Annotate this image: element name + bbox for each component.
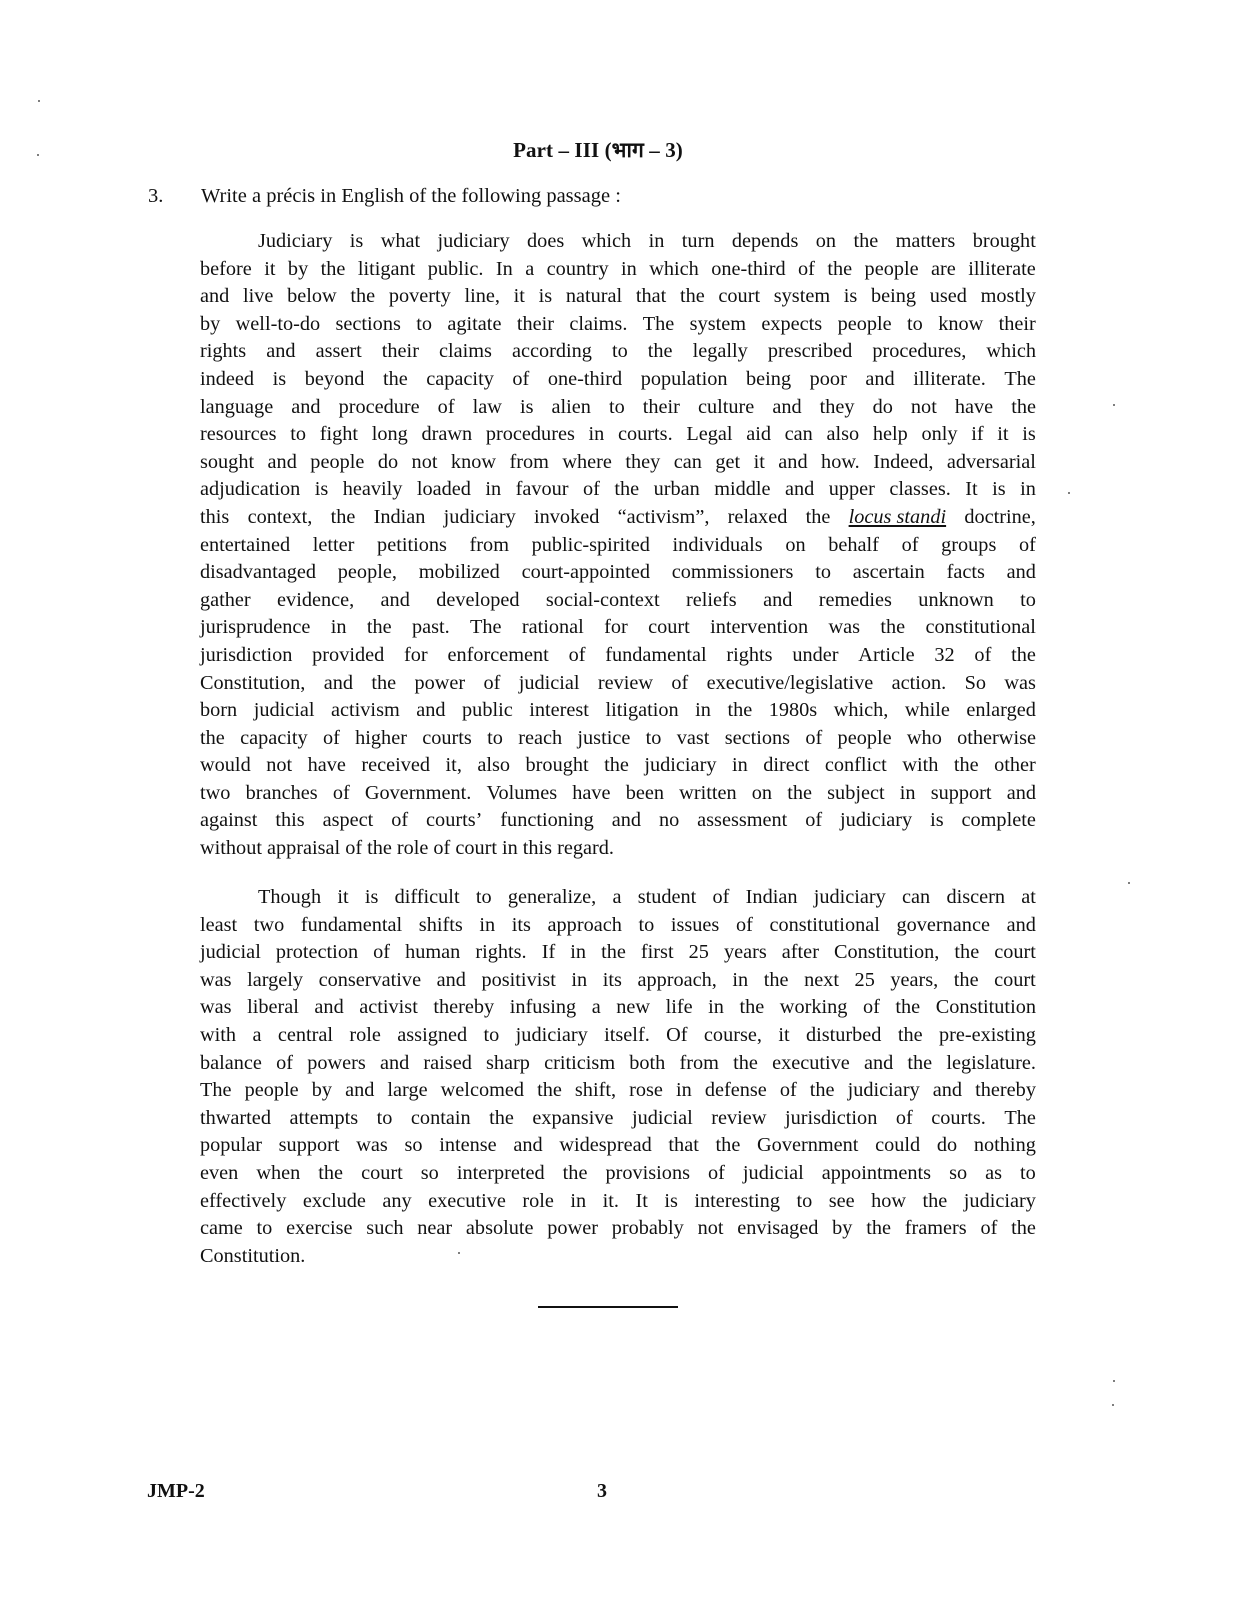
word: adversarial [947,449,1036,477]
word: unknown [918,587,994,615]
word: public. [428,256,484,284]
word: review [711,1105,766,1133]
word: and [345,1077,374,1105]
word: effectively [200,1188,286,1216]
word: to [907,311,923,339]
word: the [383,366,408,394]
word: of [1019,532,1036,560]
word: litigation [605,697,678,725]
word: their [999,311,1036,339]
passage-line: leasttwofundamentalshiftsinitsapproachto… [200,912,1036,940]
word: The [1004,1105,1036,1133]
word: get [715,449,740,477]
word: see [829,1188,855,1216]
word: the [954,939,979,967]
passage-line: judicialprotectionofhumanrights.Ifinthef… [200,939,1036,967]
word: Judiciary [258,228,332,256]
word: judiciary [814,884,886,912]
word: they [820,394,855,422]
word: activist [359,994,418,1022]
word: to [476,884,492,912]
passage-line: gatherevidence,anddevelopedsocial-contex… [200,587,1036,615]
word: who [907,725,942,753]
word: mostly [981,283,1036,311]
word: being [871,283,916,311]
passage-line: wasliberalandactivisttherebyinfusinganew… [200,994,1036,1022]
passage-line: Thepeoplebyandlargewelcomedtheshift,rose… [200,1077,1036,1105]
word: at [1021,884,1036,912]
word: the [739,994,764,1022]
word: culture [698,394,754,422]
word: rights. [475,939,526,967]
word: aid [746,421,771,449]
word: in [676,1077,692,1105]
word: according [512,338,592,366]
word: Indeed, [873,449,933,477]
word: executive/legislative [707,670,874,698]
part-heading: Part – III (भाग – 3) [0,136,1196,164]
word: working [780,994,848,1022]
word: is [539,283,553,311]
word: aspect [323,807,374,835]
word: intense [439,1132,496,1160]
word: loaded [417,476,471,504]
word: It [965,476,977,504]
word: urban [654,476,700,504]
word: of [863,994,880,1022]
word: gather [200,587,251,615]
word: claims [439,338,492,366]
word: assessment [697,807,787,835]
word: resources [200,421,277,449]
word: middle [714,476,770,504]
word: it [778,1022,789,1050]
word: poverty [389,283,451,311]
word: individuals [673,532,763,560]
word: to [377,1105,393,1133]
word: alien [552,394,591,422]
passage-line: thecapacityofhighercourtstoreachjusticet… [200,725,1036,753]
word: the [1011,394,1036,422]
word: to [609,394,625,422]
word: The [1004,366,1036,394]
word: of [902,532,919,560]
word: power [547,1215,598,1243]
word: otherwise [957,725,1036,753]
word: thwarted [200,1105,271,1133]
passage-line: withacentralroleassignedtojudiciaryitsel… [200,1022,1036,1050]
word: to [646,725,662,753]
word: 25 [855,967,875,995]
word: and [291,394,320,422]
word: of [345,835,362,863]
word: vast [677,725,710,753]
word: been [626,780,664,808]
word: classes. [889,476,950,504]
word: and [416,697,445,725]
word: reach [518,725,562,753]
word: welcomed [441,1077,524,1105]
word: in [589,421,605,449]
word: by [288,256,308,284]
word: ascertain [853,559,925,587]
scan-speck [1112,1404,1114,1406]
word: on [752,780,772,808]
word: legislature. [946,1050,1036,1078]
word: not [266,752,292,780]
word: and [772,394,801,422]
word: not [412,449,438,477]
word: illiterate. [913,366,986,394]
word: only [921,421,957,449]
end-of-section-rule [538,1306,678,1308]
word: fundamental [301,912,402,940]
word: its [512,912,531,940]
word: court [455,835,497,863]
word: facts [947,559,985,587]
word: letter [313,532,355,560]
word: Volumes [486,780,557,808]
word: review [598,670,653,698]
word: law [473,394,502,422]
word: the [727,697,752,725]
word: before [200,256,252,284]
word: of [708,1160,725,1188]
word: and [268,449,297,477]
word: remedies [819,587,892,615]
passage-line: againstthisaspectofcourts’functioningand… [200,807,1036,835]
word: people [245,1077,299,1105]
word: of [736,912,753,940]
word: system [690,311,746,339]
word: appraisal [267,835,340,863]
word: jurisprudence [200,614,310,642]
word: thereby [975,1077,1036,1105]
word: constitutional [925,614,1035,642]
word: in [621,256,637,284]
word: judiciary [438,228,510,256]
word: in [570,1188,586,1216]
word: student [638,884,697,912]
word: public-spirited [532,532,650,560]
word: popular [200,1132,262,1160]
word: attempts [289,1105,358,1133]
word: pre-existing [939,1022,1036,1050]
word: fight [320,421,358,449]
word: widespread [559,1132,651,1160]
word: long [372,421,408,449]
word: do [873,394,893,422]
word: It [635,1188,647,1216]
word: capacity [426,366,494,394]
word: to [796,1188,812,1216]
word: litigant [358,256,415,284]
word: absolute [466,1215,534,1243]
passage-line: rightsandasserttheirclaimsaccordingtothe… [200,338,1036,366]
word: illiterate [968,256,1036,284]
word: favour [516,476,569,504]
word: judiciary [840,807,912,835]
word: Constitution, [200,670,305,698]
word: judicial [254,697,315,725]
passage-line: languageandprocedureoflawisalientotheirc… [200,394,1036,422]
word: of [433,835,450,863]
word: Legal [686,421,732,449]
word: developed [436,587,519,615]
word: can [785,421,813,449]
word: conflict [825,752,887,780]
passage-line: Thoughitisdifficulttogeneralize,astudent… [200,884,1036,912]
word: in [732,752,748,780]
word: the [880,614,905,642]
word: rights [200,338,246,366]
emphasized-term: locus standi [849,504,946,532]
word: and [437,967,466,995]
word: fundamental [605,642,706,670]
word: their [643,394,680,422]
word: it, [446,752,462,780]
word: of [980,1215,997,1243]
word: to [638,912,654,940]
word: natural [566,283,622,311]
word: people [865,256,919,284]
word: this [275,807,304,835]
word: rose [629,1077,663,1105]
word: judiciary [644,752,716,780]
word: know [451,449,496,477]
word: and [380,1050,409,1078]
passage-line: Judiciaryiswhatjudiciarydoeswhichinturnd… [200,228,1036,256]
word: two [254,912,284,940]
word: live [243,283,273,311]
word: from [680,1050,719,1078]
word: this [523,835,552,863]
word: behalf [828,532,879,560]
word: courts. [931,1105,986,1133]
word: and [200,283,229,311]
word: other [994,752,1036,780]
word: court [718,283,760,311]
word: and [1007,780,1036,808]
word: The [200,1077,232,1105]
word: branches [246,780,318,808]
word: with [902,752,938,780]
word: both [629,1050,665,1078]
passage-line: entertainedletterpetitionsfrompublic-spi… [200,532,1036,560]
word: is [844,283,858,311]
passage-line: indeedisbeyondthecapacityofone-thirdpopu… [200,366,1036,394]
word: Of [666,1022,687,1050]
word: to [290,421,306,449]
word: petitions [377,532,447,560]
word: activism [331,697,400,725]
word: is [992,476,1006,504]
word: brought [526,752,589,780]
word: their [517,311,554,339]
passage-line: jurisprudenceinthepast.Therationalforcou… [200,614,1036,642]
word: and [785,476,814,504]
word: people [310,449,364,477]
scan-speck [37,154,39,156]
word: the [1011,642,1036,670]
word: jurisdiction [785,1105,877,1133]
word: protection [276,939,358,967]
word: the [907,1050,932,1078]
word: the [810,1077,835,1105]
word: is [930,807,944,835]
word: new [616,994,650,1022]
word: the [895,994,920,1022]
word: under [792,642,838,670]
word: difficult [395,884,460,912]
word: in [479,912,495,940]
word: if [971,421,983,449]
word: assigned [397,1022,467,1050]
passage-line: waslargelyconservativeandpositivistinits… [200,967,1036,995]
word: to [815,559,831,587]
word: was [200,967,232,995]
passage-paragraph-2: Thoughitisdifficulttogeneralize,astudent… [200,884,1036,1270]
word: people [838,725,892,753]
word: near [417,1215,452,1243]
word: the [331,504,356,532]
word: complete [962,807,1036,835]
word: social-context [546,587,660,615]
word: commissioners [672,559,794,587]
word: the [853,228,878,256]
word: poor [810,366,847,394]
word: in [695,697,711,725]
word: a [612,884,621,912]
word: people, [338,559,397,587]
word: have [308,752,346,780]
word: the [954,967,979,995]
word: executive [772,1050,850,1078]
word: rational [522,614,584,642]
word: it [514,283,525,311]
word: to [416,311,432,339]
word: the [367,835,392,863]
scan-speck [1113,1380,1115,1382]
word: does [527,228,564,256]
word: a [592,994,601,1022]
word: doctrine, [964,504,1036,532]
word: the [350,283,375,311]
word: reliefs [686,587,737,615]
passage-line: wouldnothavereceivedit,alsobroughtthejud… [200,752,1036,780]
word: was [200,994,232,1022]
word: of [276,1050,293,1078]
word: procedures, [872,338,966,366]
word: and [865,366,894,394]
word: the [537,1077,562,1105]
passage-line: Constitution,andthepowerofjudicialreview… [200,670,1036,698]
word: their [382,338,419,366]
word: in [708,994,724,1022]
word: prescribed [768,338,852,366]
word: Indian [746,884,798,912]
word: shifts [419,912,463,940]
passage-paragraph-1: Judiciaryiswhatjudiciarydoeswhichinturnd… [200,228,1036,863]
word: such [366,1215,403,1243]
word: the [489,1105,514,1133]
word: is [520,394,534,422]
passage-line: adjudicationisheavilyloadedinfavourofthe… [200,476,1036,504]
word: and [763,587,792,615]
word: is [315,476,329,504]
word: expects [761,311,822,339]
word: interest [529,697,589,725]
word: and [381,587,410,615]
word: do [378,449,398,477]
word: role [522,1188,554,1216]
word: judiciary [848,1077,920,1105]
word: higher [355,725,407,753]
word: Article [858,642,914,670]
word: while [905,697,950,725]
word: the [827,256,852,284]
word: is [365,884,379,912]
word: is [350,228,364,256]
word: by [200,311,220,339]
word: balance [200,1050,262,1078]
word: the [954,752,979,780]
word: The [470,614,502,642]
word: well-to-do [236,311,320,339]
word: entertained [200,532,290,560]
word: governance [896,912,989,940]
word: central [278,1022,333,1050]
word: the [614,476,639,504]
word: the [371,670,396,698]
word: so [421,1160,439,1188]
word: line, [464,283,499,311]
word: raised [423,1050,471,1078]
word: they [625,449,660,477]
word: regard. [557,835,614,863]
word: judicial [200,939,261,967]
word: as [985,1160,1002,1188]
scan-speck [458,1252,460,1254]
word: in [649,228,665,256]
word: thereby [433,994,494,1022]
page-number: 3 [597,1480,607,1503]
exam-page: Part – III (भाग – 3) 3. Write a précis i… [0,0,1241,1613]
word: judiciary [964,1188,1036,1216]
word: how [871,1188,906,1216]
word: on [816,228,836,256]
word: generalize, [508,884,596,912]
word: issues [671,912,719,940]
scan-speck [38,100,40,102]
word: contain [411,1105,471,1133]
word: first [641,939,674,967]
passage-line: popularsupportwassointenseandwidespreadt… [200,1132,1036,1160]
word: it [754,449,765,477]
word: mobilized [419,559,500,587]
word: have [955,394,993,422]
word: any [382,1188,411,1216]
word: born [200,697,237,725]
word: of [583,476,600,504]
word: in [1020,476,1036,504]
word: to [1020,1160,1036,1188]
word: shift, [575,1077,616,1105]
passage-line: Constitution. [200,1243,1036,1271]
word: also [477,752,510,780]
word: against [200,807,257,835]
word: the [604,752,629,780]
